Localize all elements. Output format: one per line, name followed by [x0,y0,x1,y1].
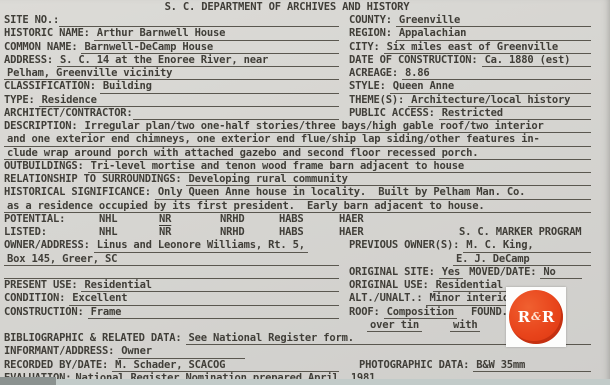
row-listed: LISTED: NHL NR NRHD HABS HAER S. C. MARK… [0,226,610,239]
field-owner-address-cont: Box 145, Greer, SC [0,253,342,266]
rule-line [432,67,591,80]
description-label: DESCRIPTION: [4,120,77,133]
rule-line [532,253,591,266]
rule-line [155,279,339,292]
rule-line [271,54,339,67]
recorded-by-label: RECORDED BY/DATE: [4,359,108,372]
field-previous-owners: PREVIOUS OWNER(S): M. C. King, [342,239,594,252]
row-owner2-previous2: Box 145, Greer, SC E. J. DeCamp [0,253,610,266]
field-outbuildings: OUTBUILDINGS: Tri-level mortise and teno… [0,160,594,173]
field-city: CITY: Six miles east of Greenville [342,41,594,54]
field-significance: HISTORICAL SIGNIFICANCE: Only Queen Anne… [0,186,594,199]
survey-form-scan: S. C. DEPARTMENT OF ARCHIVES AND HISTORY… [0,0,610,385]
significance-label: HISTORICAL SIGNIFICANCE: [4,186,151,199]
condition-value: Excellent [69,292,130,305]
row-historic-region: HISTORIC NAME: Arthur Barnwell House REG… [0,27,610,40]
row-common-city: COMMON NAME: Barnwell-DeCamp House CITY:… [0,41,610,54]
historic-name-value: Arthur Barnwell House [94,27,229,40]
listed-haer: HAER [339,226,364,239]
rule-line [120,253,339,266]
type-label: TYPE: [4,94,35,107]
potential-label: POTENTIAL: [4,213,65,226]
logo-ampersand-icon: & [531,310,541,323]
construction-label: CONSTRUCTION: [4,306,84,319]
field-acreage: ACREAGE: 8.86 [342,67,594,80]
themes-value: Architecture/local history [408,94,573,107]
field-address-cont: Pelham, Greenville vicinity [0,67,342,80]
rule-line [100,94,339,107]
style-value: Queen Anne [390,80,457,93]
logo-circle: R & R [509,290,563,344]
outbuildings-label: OUTBUILDINGS: [4,160,84,173]
relationship-label: RELATIONSHIP TO SURROUNDINGS: [4,173,182,186]
address-label: ADDRESS: [4,54,53,67]
roof-label: ROOF: [349,306,380,319]
bibliographic-value: See National Register form. [186,332,357,345]
row-description-2: and one exterior end chimneys, one exter… [0,133,610,146]
roof-value-cont: over tin [367,319,422,332]
common-name-label: COMMON NAME: [4,41,77,54]
owner-address-label: OWNER/ADDRESS: [4,239,90,252]
spacer [422,319,450,332]
rule-line [481,147,591,160]
address-value-cont: Pelham, Greenville vicinity [4,67,175,80]
date-of-construction-value: Ca. 1880 (est) [482,54,574,67]
bibliographic-label: BIBLIOGRAPHIC & RELATED DATA: [4,332,182,345]
field-description-cont: and one exterior end chimneys, one exter… [0,133,594,146]
rule-line [228,359,339,372]
scan-edge-corner [0,377,56,385]
row-site-county: SITE NO.: COUNTY: Greenville [0,14,610,27]
field-region: REGION: Appalachian [342,27,594,40]
style-label: STYLE: [349,80,386,93]
construction-value: Frame [88,306,125,319]
field-bibliographic: BIBLIOGRAPHIC & RELATED DATA: See Nation… [0,332,594,345]
original-site-value: Yes [439,266,463,279]
field-relationship: RELATIONSHIP TO SURROUNDINGS: Developing… [0,173,594,186]
rule-line [124,306,339,319]
photographic-data-value: B&W 35mm [473,359,528,372]
rule-line [559,266,582,279]
field-classification: CLASSIFICATION: Building [0,80,342,93]
spacer [349,319,367,332]
field-condition: CONDITION: Excellent [0,292,342,305]
informant-label: INFORMANT/ADDRESS: [4,345,114,358]
rule-line [4,266,339,279]
rule-line [130,292,339,305]
moved-date-label: MOVED/DATE: [469,266,536,279]
row-owner-previous: OWNER/ADDRESS: Linus and Leonore William… [0,239,610,252]
outbuildings-value: Tri-level mortise and tenon wood frame b… [88,160,467,173]
row-address-date: ADDRESS: S. C. 14 at the Enoree River, n… [0,54,610,67]
rule-line [59,14,339,27]
form-title: S. C. DEPARTMENT OF ARCHIVES AND HISTORY [0,0,610,14]
rule-line [457,80,591,93]
rule-line [561,41,591,54]
row-description-3: clude wrap around porch with attached ga… [0,147,610,160]
city-value: Six miles east of Greenville [384,41,561,54]
field-historic-name: HISTORIC NAME: Arthur Barnwell House [0,27,342,40]
classification-value: Building [100,80,155,93]
field-address: ADDRESS: S. C. 14 at the Enoree River, n… [0,54,342,67]
potential-haer: HAER [339,213,364,226]
informant-value: Owner [118,345,155,358]
rule-line [506,107,591,120]
row-architect-access: ARCHITECT/CONTRACTOR: PUBLIC ACCESS: Res… [0,107,610,120]
potential-nr: NR [159,213,171,226]
row-significance-2: as a residence occupied by its first pre… [0,200,610,213]
field-previous-owners-cont: E. J. DeCamp [342,253,594,266]
rule-line [463,14,591,27]
architect-label: ARCHITECT/CONTRACTOR: [4,107,133,120]
owner-address-value: Linus and Leonore Williams, Rt. 5, [94,239,308,252]
field-recorded-by: RECORDED BY/DATE: M. Schader, SCACOG [0,359,342,372]
date-of-construction-label: DATE OF CONSTRUCTION: [349,54,478,67]
field-architect: ARCHITECT/CONTRACTOR: [0,107,342,120]
address-value: S. C. 14 at the Enoree River, near [57,54,271,67]
site-no-label: SITE NO.: [4,14,59,27]
row-potential: POTENTIAL: NHL NR NRHD HABS HAER [0,213,610,226]
rule-line [528,186,591,199]
rule-line [175,67,339,80]
rule-line [537,239,591,252]
row-recorded-photo: RECORDED BY/DATE: M. Schader, SCACOG PHO… [0,359,610,372]
present-use-label: PRESENT USE: [4,279,77,292]
significance-line1: Only Queen Anne house in locality. Built… [155,186,528,199]
rule-line [467,160,591,173]
public-access-label: PUBLIC ACCESS: [349,107,435,120]
rule-line [528,359,591,372]
field-county: COUNTY: Greenville [342,14,594,27]
common-name-value: Barnwell-DeCamp House [81,41,216,54]
spacer [349,253,449,266]
recorded-by-value: M. Schader, SCACOG [112,359,228,372]
listed-habs: HABS [279,226,304,239]
field-date-of-construction: DATE OF CONSTRUCTION: Ca. 1880 (est) [342,54,594,67]
field-photographic-data: PHOTOGRAPHIC DATA: B&W 35mm [342,359,594,372]
type-value: Residence [39,94,100,107]
row-significance-1: HISTORICAL SIGNIFICANCE: Only Queen Anne… [0,186,610,199]
logo-letter-left: R [518,308,530,326]
field-owner-address: OWNER/ADDRESS: Linus and Leonore William… [0,239,342,252]
photographic-data-label: PHOTOGRAPHIC DATA: [359,359,469,372]
original-use-value: Residential [433,279,506,292]
rule-line [216,41,339,54]
rule-line [133,107,339,120]
marker-program-label: S. C. MARKER PROGRAM [459,226,581,239]
field-significance-cont: as a residence occupied by its first pre… [0,200,594,213]
rule-line [543,133,591,146]
field-original-site: ORIGINAL SITE: Yes MOVED/DATE: No [342,266,594,279]
foundation-value-cont: with [450,319,481,332]
rule-line [469,27,591,40]
row-type-theme: TYPE: Residence THEME(S): Architecture/l… [0,94,610,107]
field-type: TYPE: Residence [0,94,342,107]
previous-owners-value: M. C. King, [463,239,536,252]
field-description-cont2: clude wrap around porch with attached ga… [0,147,594,160]
present-use-value: Residential [81,279,154,292]
row-classification-style: CLASSIFICATION: Building STYLE: Queen An… [0,80,610,93]
city-label: CITY: [349,41,380,54]
field-blank2 [0,319,342,332]
roof-value: Composition [384,306,457,319]
rule-line [351,173,591,186]
alt-unalt-label: ALT./UNALT.: [349,292,422,305]
rule-line [155,345,245,358]
potential-nrhd: NRHD [220,213,245,226]
previous-owners-label: PREVIOUS OWNER(S): [349,239,459,252]
county-label: COUNTY: [349,14,392,27]
field-site-no: SITE NO.: [0,14,342,27]
region-value: Appalachian [396,27,469,40]
themes-label: THEME(S): [349,94,404,107]
listed-nhl: NHL [99,226,117,239]
owner-address-value-cont: Box 145, Greer, SC [4,253,120,266]
scan-edge-bottom [56,379,610,385]
acreage-label: ACREAGE: [349,67,398,80]
public-access-value: Restricted [439,107,506,120]
field-construction: CONSTRUCTION: Frame [0,306,342,319]
field-public-access: PUBLIC ACCESS: Restricted [342,107,594,120]
rule-line [228,27,339,40]
row-description-1: DESCRIPTION: Irregular plan/two one-half… [0,120,610,133]
listed-label: LISTED: [4,226,47,239]
moved-date-value: No [540,266,558,279]
rule-line [487,200,591,213]
listed-nrhd: NRHD [220,226,245,239]
alt-unalt-value: Minor interior [426,292,518,305]
row-informant: INFORMANT/ADDRESS: Owner [0,345,610,358]
description-line1: Irregular plan/two one-half stories/thre… [81,120,546,133]
field-common-name: COMMON NAME: Barnwell-DeCamp House [0,41,342,54]
rr-logo-watermark: R & R [506,287,566,347]
field-description: DESCRIPTION: Irregular plan/two one-half… [0,120,594,133]
previous-owners-value2: E. J. DeCamp [453,253,532,266]
county-value: Greenville [396,14,463,27]
field-style: STYLE: Queen Anne [342,80,594,93]
original-use-label: ORIGINAL USE: [349,279,429,292]
field-blank [0,266,342,279]
rule-line [573,94,591,107]
region-label: REGION: [349,27,392,40]
rule-line [573,54,591,67]
condition-label: CONDITION: [4,292,65,305]
description-line3: clude wrap around porch with attached ga… [4,147,481,160]
row-address2-acreage: Pelham, Greenville vicinity ACREAGE: 8.8… [0,67,610,80]
historic-name-label: HISTORIC NAME: [4,27,90,40]
rule-line [155,80,339,93]
row-outbuildings: OUTBUILDINGS: Tri-level mortise and teno… [0,160,610,173]
potential-habs: HABS [279,213,304,226]
relationship-value: Developing rural community [186,173,351,186]
rule-line [547,120,591,133]
logo-letter-right: R [542,308,554,326]
classification-label: CLASSIFICATION: [4,80,96,93]
potential-nhl: NHL [99,213,117,226]
field-themes: THEME(S): Architecture/local history [342,94,594,107]
listed-nr-marked: NR [159,226,171,239]
significance-line2: as a residence occupied by its first pre… [4,200,487,213]
acreage-value: 8.86 [402,67,433,80]
field-informant: INFORMANT/ADDRESS: Owner [0,345,594,358]
row-relationship: RELATIONSHIP TO SURROUNDINGS: Developing… [0,173,610,186]
original-site-label: ORIGINAL SITE: [349,266,435,279]
row-blank-originalsite: ORIGINAL SITE: Yes MOVED/DATE: No [0,266,610,279]
description-line2: and one exterior end chimneys, one exter… [4,133,543,146]
field-present-use: PRESENT USE: Residential [0,279,342,292]
